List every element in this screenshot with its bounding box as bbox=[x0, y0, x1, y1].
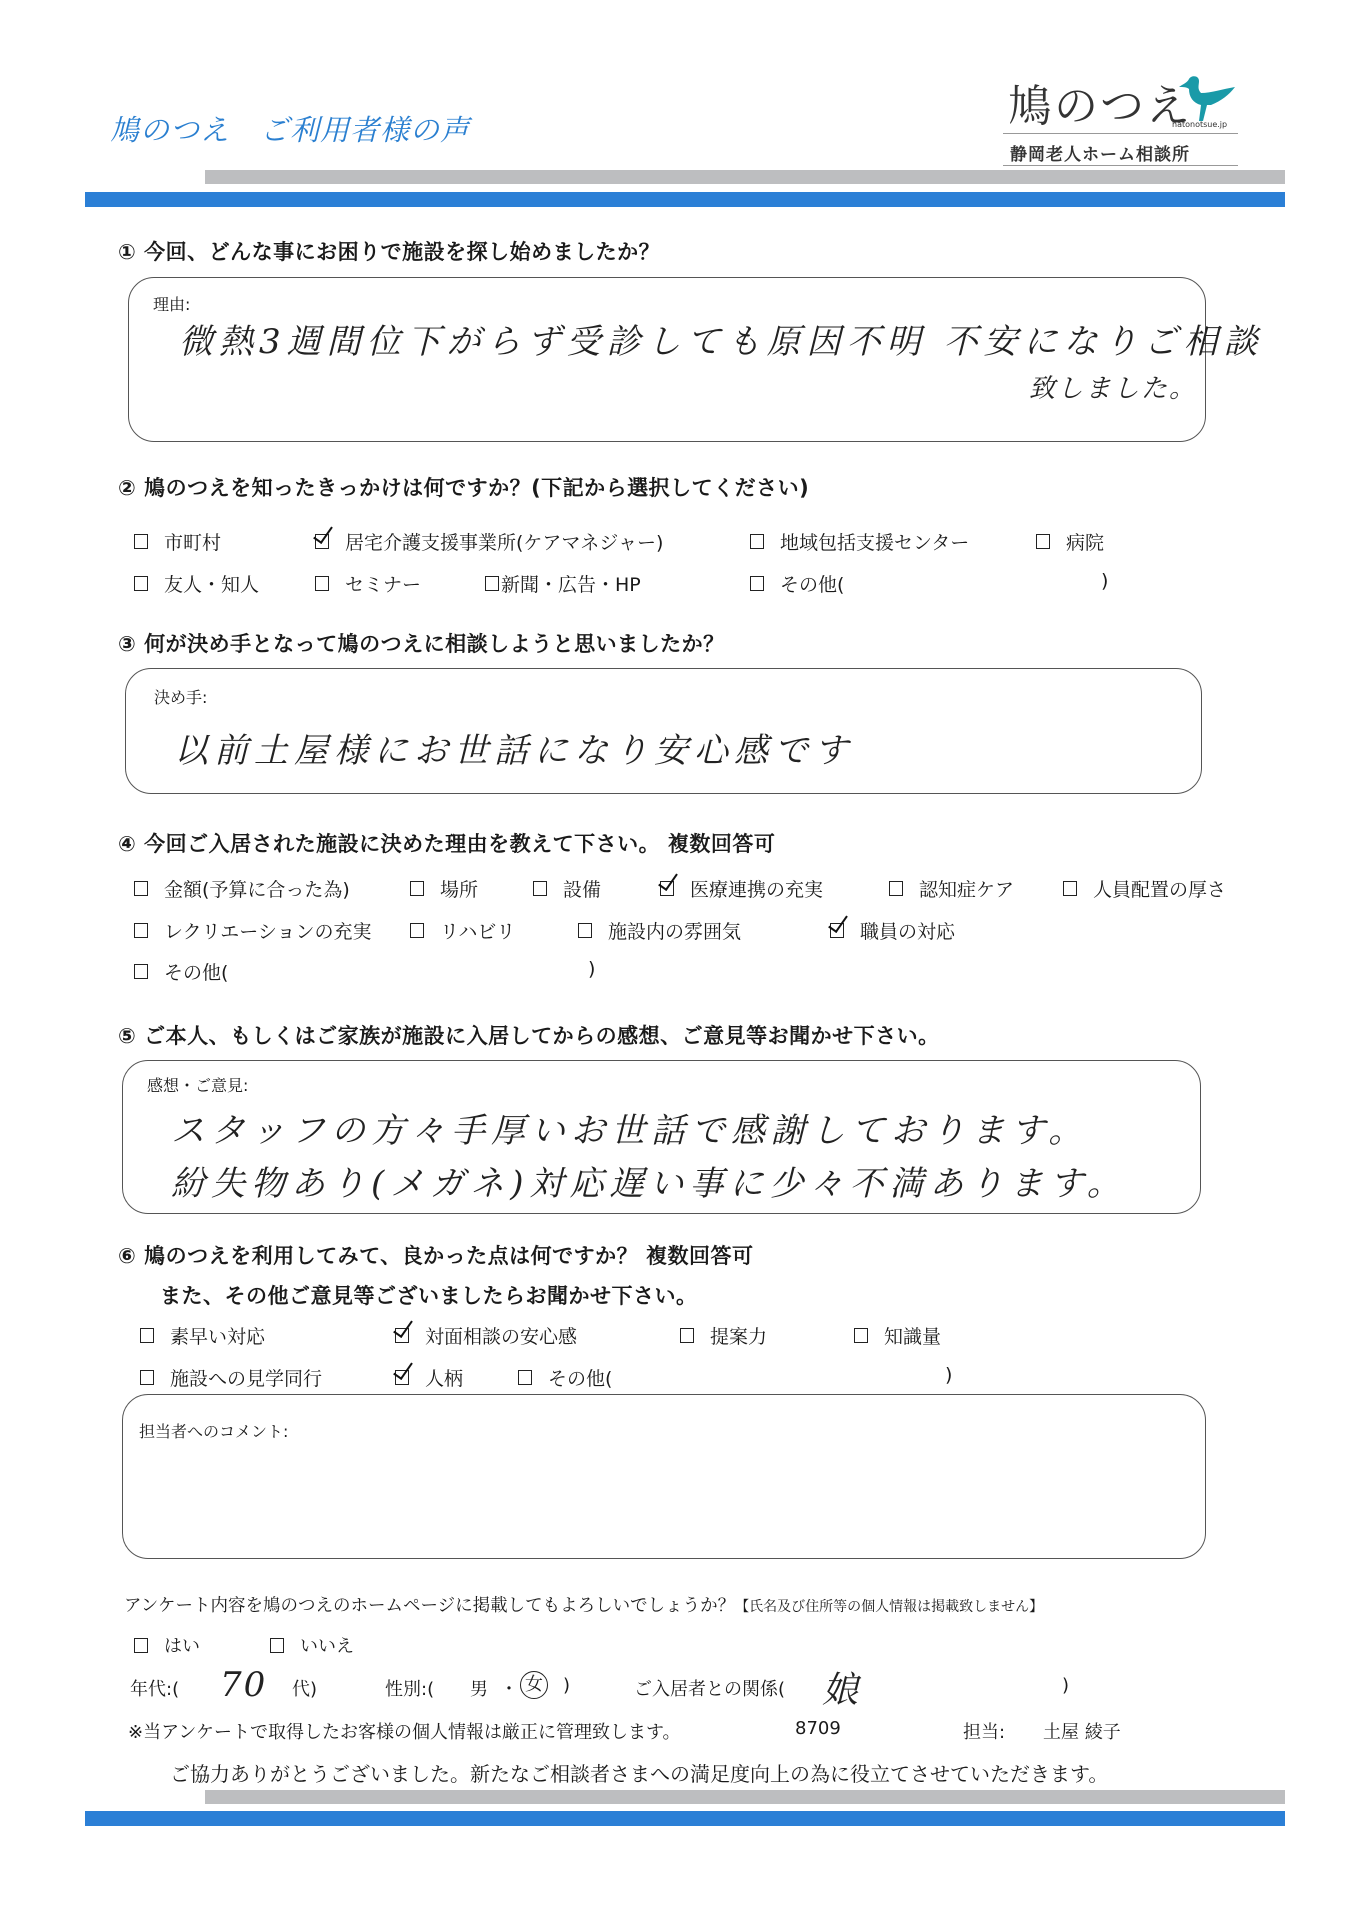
checkbox-checked[interactable] bbox=[315, 534, 329, 549]
checkbox[interactable] bbox=[140, 1370, 154, 1385]
staff-name: 土屋 綾子 bbox=[1043, 1718, 1121, 1744]
option-label: 対面相談の安心感 bbox=[425, 1322, 577, 1349]
question-1-answer-box[interactable]: 理由: 微熱3週間位下がらず受診しても原因不明 不安になりご相談 致しました。 bbox=[128, 277, 1206, 442]
option-label: 新聞・広告・HP bbox=[501, 570, 641, 597]
checkbox[interactable] bbox=[134, 923, 148, 938]
q6-option-other[interactable]: その他( bbox=[518, 1364, 612, 1391]
q2-option-hospital[interactable]: 病院 bbox=[1036, 528, 1104, 555]
question-5-answer-box[interactable]: 感想・ご意見: スタッフの方々手厚いお世話で感謝しております。 紛失物あり(メガ… bbox=[122, 1060, 1201, 1214]
q4-option-staff-response[interactable]: 職員の対応 bbox=[830, 917, 955, 944]
question-6-title: ⑥ 鳩のつえを利用してみて、良かった点は何ですか？ 複数回答可 bbox=[118, 1240, 753, 1270]
age-label: 年代:( bbox=[130, 1675, 179, 1701]
age-value[interactable]: 70 bbox=[220, 1665, 267, 1705]
q4-option-price[interactable]: 金額(予算に合った為) bbox=[134, 875, 350, 902]
option-label: 施設への見学同行 bbox=[170, 1364, 322, 1391]
option-label: 施設内の雰囲気 bbox=[608, 917, 741, 944]
checkbox[interactable] bbox=[140, 1328, 154, 1343]
checkbox[interactable] bbox=[485, 576, 499, 591]
option-label: 友人・知人 bbox=[164, 570, 259, 597]
publish-yes-option[interactable]: はい bbox=[134, 1632, 200, 1658]
dove-icon bbox=[1177, 75, 1237, 123]
staff-comment-box[interactable]: 担当者へのコメント: bbox=[122, 1394, 1206, 1559]
checkbox[interactable] bbox=[578, 923, 592, 938]
checkbox[interactable] bbox=[134, 881, 148, 896]
divider bbox=[1003, 133, 1238, 134]
checkbox[interactable] bbox=[410, 923, 424, 938]
q2-option-care-manager[interactable]: 居宅介護支援事業所(ケアマネジャー) bbox=[315, 528, 663, 555]
q4-option-dementia-care[interactable]: 認知症ケア bbox=[889, 875, 1014, 902]
question-3-title: ③ 何が決め手となって鳩のつえに相談しようと思いましたか？ bbox=[118, 628, 725, 658]
deciding-factor-answer: 以前土屋様にお世話になり安心感です bbox=[174, 723, 854, 772]
option-label: 職員の対応 bbox=[860, 917, 955, 944]
option-label: はい bbox=[164, 1632, 200, 1658]
q4-option-facilities[interactable]: 設備 bbox=[533, 875, 601, 902]
option-label: 素早い対応 bbox=[170, 1322, 265, 1349]
option-label: セミナー bbox=[345, 570, 421, 597]
option-label: 人柄 bbox=[425, 1364, 463, 1391]
question-3-answer-box[interactable]: 決め手: 以前土屋様にお世話になり安心感です bbox=[125, 668, 1202, 794]
q4-option-staffing[interactable]: 人員配置の厚さ bbox=[1063, 875, 1226, 902]
publish-question-text: アンケート内容を鳩のつえのホームページに掲載してもよろしいでしょうか？ bbox=[124, 1596, 735, 1616]
logo-subtitle: 静岡老人ホーム相談所 bbox=[1010, 140, 1190, 165]
checkbox[interactable] bbox=[750, 576, 764, 591]
header-blue-bar bbox=[85, 192, 1285, 207]
logo-text: 鳩のつえ bbox=[1008, 70, 1192, 134]
staff-label: 担当: bbox=[963, 1718, 1005, 1744]
impressions-label: 感想・ご意見: bbox=[147, 1073, 248, 1096]
checkbox-checked[interactable] bbox=[395, 1370, 409, 1385]
q4-option-other[interactable]: その他( bbox=[134, 958, 228, 985]
q4-other-close: ) bbox=[588, 958, 595, 980]
option-label: その他( bbox=[164, 958, 228, 985]
q2-option-seminar[interactable]: セミナー bbox=[315, 570, 421, 597]
header-gray-bar bbox=[205, 170, 1285, 184]
privacy-note: ※当アンケートで取得したお客様の個人情報は厳正に管理致します。 bbox=[128, 1718, 681, 1744]
option-label: いいえ bbox=[300, 1632, 354, 1658]
q6-option-quick-response[interactable]: 素早い対応 bbox=[140, 1322, 265, 1349]
option-label: 知識量 bbox=[884, 1322, 941, 1349]
q6-option-tour-accompany[interactable]: 施設への見学同行 bbox=[140, 1364, 322, 1391]
option-label: その他( bbox=[548, 1364, 612, 1391]
gender-female-option[interactable]: 女 bbox=[520, 1671, 548, 1699]
publish-note: 【氏名及び住所等の個人情報は掲載致しません】 bbox=[735, 1599, 1043, 1615]
age-suffix: 代) bbox=[292, 1675, 317, 1701]
deciding-factor-label: 決め手: bbox=[154, 685, 207, 708]
q4-option-medical[interactable]: 医療連携の充実 bbox=[660, 875, 823, 902]
option-label: 居宅介護支援事業所(ケアマネジャー) bbox=[345, 528, 663, 555]
checkbox[interactable] bbox=[270, 1638, 284, 1653]
thank-you-message: ご協力ありがとうございました。新たなご相談者さまへの満足度向上の為に役立てさせて… bbox=[170, 1758, 1108, 1787]
gender-male-option[interactable]: 男 bbox=[470, 1675, 488, 1701]
checkbox-checked[interactable] bbox=[830, 923, 844, 938]
q2-option-newspaper[interactable]: 新聞・広告・HP bbox=[485, 570, 641, 597]
checkbox[interactable] bbox=[134, 964, 148, 979]
relation-label: ご入居者との関係( bbox=[634, 1675, 785, 1701]
checkbox[interactable] bbox=[889, 881, 903, 896]
gender-close: ) bbox=[563, 1675, 570, 1696]
checkbox[interactable] bbox=[854, 1328, 868, 1343]
option-label: その他( bbox=[780, 570, 844, 597]
divider bbox=[1003, 165, 1238, 166]
option-label: 地域包括支援センター bbox=[780, 528, 969, 555]
staff-comment-label: 担当者へのコメント: bbox=[139, 1419, 288, 1442]
reason-answer-line1: 微熱3週間位下がらず受診しても原因不明 不安になりご相談 bbox=[179, 314, 1263, 363]
q6-option-personality[interactable]: 人柄 bbox=[395, 1364, 463, 1391]
q6-other-close: ) bbox=[945, 1364, 952, 1386]
checkbox[interactable] bbox=[1063, 881, 1077, 896]
checkbox[interactable] bbox=[1036, 534, 1050, 549]
q2-option-community-center[interactable]: 地域包括支援センター bbox=[750, 528, 969, 555]
option-label: 医療連携の充実 bbox=[690, 875, 823, 902]
question-5-title: ⑤ ご本人、もしくはご家族が施設に入居してからの感想、ご意見等お聞かせ下さい。 bbox=[118, 1020, 940, 1050]
footer-gray-bar bbox=[205, 1790, 1285, 1804]
q4-option-rehab[interactable]: リハビリ bbox=[410, 917, 515, 944]
q4-option-atmosphere[interactable]: 施設内の雰囲気 bbox=[578, 917, 741, 944]
q6-option-knowledge[interactable]: 知識量 bbox=[854, 1322, 941, 1349]
checkbox[interactable] bbox=[680, 1328, 694, 1343]
survey-code: 8709 bbox=[795, 1718, 841, 1739]
option-label: 場所 bbox=[440, 875, 478, 902]
impressions-answer-line1: スタッフの方々手厚いお世話で感謝しております。 bbox=[171, 1103, 1088, 1152]
option-label: リハビリ bbox=[440, 917, 515, 944]
question-4-title: ④ 今回ご入居された施設に決めた理由を教えて下さい。 複数回答可 bbox=[118, 828, 775, 858]
q2-option-municipality[interactable]: 市町村 bbox=[134, 528, 221, 555]
publish-no-option[interactable]: いいえ bbox=[270, 1632, 354, 1658]
q4-option-recreation[interactable]: レクリエーションの充実 bbox=[134, 917, 371, 944]
checkbox[interactable] bbox=[315, 576, 329, 591]
relation-value[interactable]: 娘 bbox=[822, 1662, 864, 1713]
page-title: 鳩のつえ ご利用者様の声 bbox=[110, 108, 470, 149]
gender-separator: ・ bbox=[500, 1675, 518, 1701]
q4-option-location[interactable]: 場所 bbox=[410, 875, 478, 902]
option-label: 人員配置の厚さ bbox=[1093, 875, 1226, 902]
q2-option-other[interactable]: その他( bbox=[750, 570, 844, 597]
checkbox[interactable] bbox=[518, 1370, 532, 1385]
reason-label: 理由: bbox=[153, 292, 190, 315]
footer-blue-bar bbox=[85, 1811, 1285, 1826]
checkbox[interactable] bbox=[134, 576, 148, 591]
option-label: レクリエーションの充実 bbox=[164, 917, 371, 944]
checkbox[interactable] bbox=[533, 881, 547, 896]
q6-option-face-to-face[interactable]: 対面相談の安心感 bbox=[395, 1322, 577, 1349]
q2-other-close: ) bbox=[1101, 570, 1108, 592]
option-label: 設備 bbox=[563, 875, 601, 902]
relation-close: ) bbox=[1062, 1675, 1069, 1696]
publish-question: アンケート内容を鳩のつえのホームページに掲載してもよろしいでしょうか？【氏名及び… bbox=[124, 1592, 1043, 1617]
checkbox-checked[interactable] bbox=[395, 1328, 409, 1343]
option-label: 市町村 bbox=[164, 528, 221, 555]
checkbox[interactable] bbox=[750, 534, 764, 549]
question-2-title: ② 鳩のつえを知ったきっかけは何ですか？(下記から選択してください) bbox=[118, 472, 809, 502]
q2-option-friend[interactable]: 友人・知人 bbox=[134, 570, 259, 597]
question-6-subtitle: また、その他ご意見等ございましたらお聞かせ下さい。 bbox=[160, 1280, 698, 1310]
checkbox[interactable] bbox=[134, 1638, 148, 1653]
option-label: 病院 bbox=[1066, 528, 1104, 555]
selected-circle: 女 bbox=[520, 1671, 548, 1699]
reason-answer-line2: 致しました。 bbox=[1029, 368, 1197, 405]
impressions-answer-line2: 紛失物あり(メガネ)対応遅い事に少々不満あります。 bbox=[171, 1156, 1127, 1205]
question-1-title: ① 今回、どんな事にお困りで施設を探し始めましたか？ bbox=[118, 236, 660, 266]
gender-label: 性別:( bbox=[385, 1675, 434, 1701]
option-label: 提案力 bbox=[710, 1322, 767, 1349]
checkbox[interactable] bbox=[134, 534, 148, 549]
q6-option-proposal[interactable]: 提案力 bbox=[680, 1322, 767, 1349]
checkbox-checked[interactable] bbox=[660, 881, 674, 896]
checkbox[interactable] bbox=[410, 881, 424, 896]
logo-url: hatonotsue.jp bbox=[1172, 120, 1227, 129]
option-label: 認知症ケア bbox=[919, 875, 1014, 902]
option-label: 金額(予算に合った為) bbox=[164, 875, 350, 902]
